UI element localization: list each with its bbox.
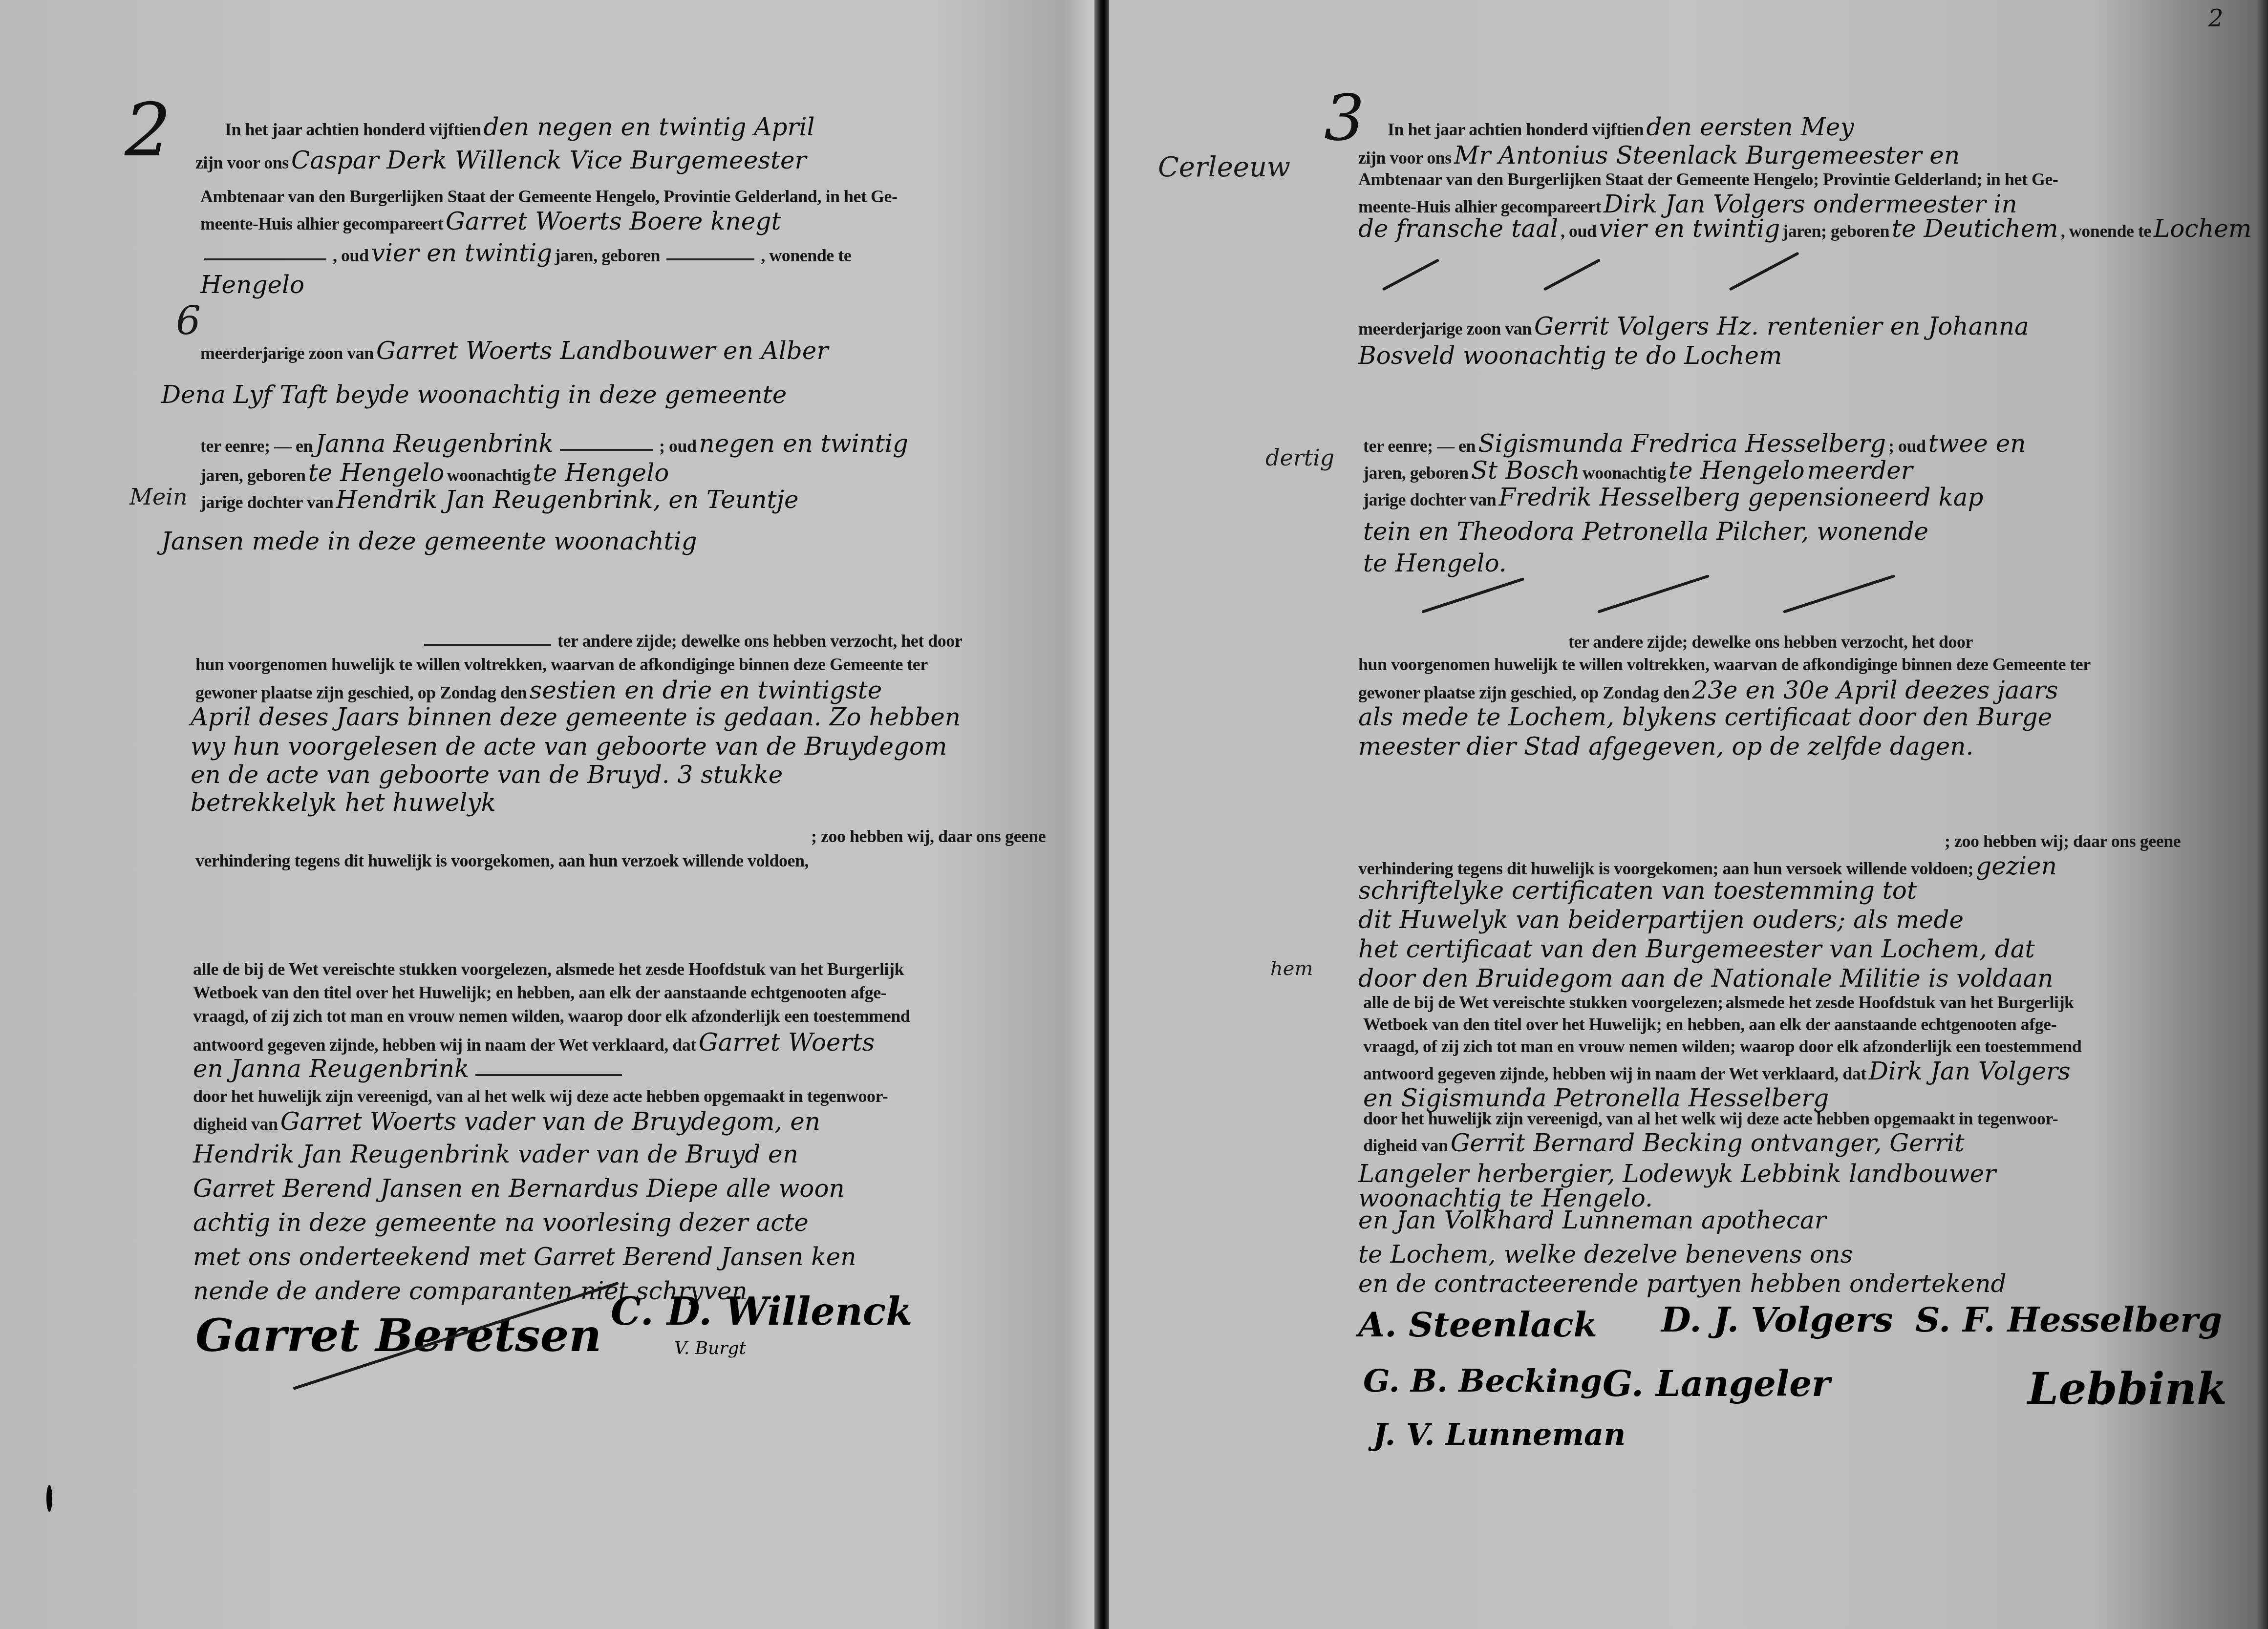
handwritten-text: en de acte van geboorte van de Bruyd. 3 … [191, 761, 783, 789]
signature: G. Langeler [1603, 1363, 1830, 1404]
printed-text: digheid van [1363, 1136, 1448, 1155]
handwritten-text: te Lochem, welke dezelve benevens ons [1358, 1240, 1853, 1269]
printed-text: door het huwelijk zijn vereenigd, van al… [1363, 1109, 2058, 1128]
printed-text: jaren, geboren [555, 246, 660, 265]
printed-text: antwoord gegeven zijnde, hebben wij in n… [193, 1035, 696, 1055]
margin-note: 6 [176, 298, 201, 343]
printed-text: vraagd, of zij zich tot man en vrouw nem… [1363, 1037, 2081, 1056]
printed-text: alle de bij de Wet vereischte stukken vo… [1363, 993, 1723, 1012]
cancel-stroke [1421, 577, 1524, 614]
printed-text: , wonende te [761, 246, 851, 265]
handwritten-text: te Hengelo [1669, 456, 1805, 485]
handwritten-text: den eersten Mey [1646, 113, 1854, 141]
handwritten-text: het certificaat van den Burgemeester van… [1358, 935, 2035, 963]
handwritten-text: en de contracteerende partyen hebben ond… [1358, 1269, 2007, 1298]
handwritten-text: te Deutichem [1892, 214, 2058, 243]
printed-text: alle de bij de Wet vereischte stukken vo… [193, 959, 904, 979]
handwritten-text: vier en twintig [371, 239, 552, 267]
printed-text: digheid van [193, 1114, 278, 1134]
printed-text: verhindering tegens dit huwelijk is voor… [195, 851, 809, 870]
printed-text: , oud [333, 246, 369, 265]
handwritten-text: Garret Woerts Boere knegt [446, 207, 781, 235]
printed-text: antwoord gegeven zijnde, hebben wij in n… [1363, 1064, 1866, 1083]
printed-text: ; oud [659, 436, 697, 456]
printed-text: woonachtig [447, 465, 531, 485]
cancel-stroke [1543, 258, 1601, 291]
printed-text: verhindering tegens dit huwelijk is voor… [1358, 859, 1973, 878]
signature-note: V. Burgt [674, 1338, 746, 1358]
printed-text: meente-Huis alhier gecompareert [1358, 197, 1601, 216]
printed-text: zijn voor ons [195, 153, 289, 172]
printed-text: zijn voor ons [1358, 148, 1452, 168]
cancel-stroke [1729, 252, 1799, 291]
margin-note: Mein [129, 484, 188, 510]
handwritten-text: Gerrit Volgers Hz. rentenier en Johanna [1534, 312, 2029, 340]
left-page: 2 6 Mein In het jaar achtien honderd vij… [0, 0, 1097, 1629]
handwritten-text: Fredrik Hesselberg gepensioneerd kap [1498, 483, 1983, 511]
printed-text: jarige dochter van [1363, 490, 1496, 509]
handwritten-text: meerder [1807, 456, 1913, 485]
margin-note: dertig [1265, 444, 1334, 471]
handwritten-text: te Hengelo [533, 459, 669, 487]
printed-text: ter andere zijde; dewelke ons hebben ver… [1568, 632, 1973, 652]
handwritten-text: St Bosch [1471, 456, 1580, 485]
handwritten-text: Lochem [2154, 214, 2252, 243]
printed-text: jaren, geboren [200, 465, 306, 485]
printed-text: woonachtig [1583, 463, 1666, 483]
signature: D. J. Volgers [1661, 1299, 1893, 1340]
signature: A. Steenlack [1358, 1304, 1597, 1345]
handwritten-text: Dena Lyf Taft beyde woonachtig in deze g… [161, 381, 787, 409]
margin-note: hem [1270, 957, 1313, 980]
handwritten-text: Garret Woerts [699, 1028, 875, 1057]
handwritten-text: Jansen mede in deze gemeente woonachtig [161, 527, 697, 555]
act-number: 2 [125, 88, 171, 173]
handwritten-text: Garret Woerts Landbouwer en Alber [376, 337, 828, 365]
printed-text: Ambtenaar van den Burgerlijken Staat der… [1358, 169, 2058, 189]
printed-text: Wetboek van den titel over het Huwelijk;… [193, 983, 886, 1002]
handwritten-text: betrekkelyk het huwelyk [191, 788, 496, 817]
book-gutter [1094, 0, 1110, 1629]
printed-text: meente-Huis alhier gecompareert [200, 214, 443, 233]
printed-text: Wetboek van den titel over het Huwelijk;… [1363, 1015, 2056, 1034]
printed-text: Ambtenaar van den Burgerlijken Staat der… [200, 187, 897, 206]
handwritten-text: Garret Berend Jansen en Bernardus Diepe … [193, 1174, 845, 1203]
handwritten-text: Caspar Derk Willenck Vice Burgemeester [291, 146, 807, 174]
handwritten-text: wy hun voorgelesen de acte van geboorte … [191, 732, 947, 761]
signature: Lebbink [2028, 1363, 2227, 1415]
right-page: 2 3 Cerleeuw dertig hem In het jaar acht… [1109, 0, 2268, 1629]
printed-text: , wonende te [2061, 221, 2151, 241]
blank-line [475, 1074, 622, 1076]
handwritten-text: dit Huwelyk van beiderpartijen ouders; a… [1358, 906, 1964, 934]
handwritten-text: als mede te Lochem, blykens certificaat … [1358, 703, 2052, 731]
handwritten-text: 23e en 30e April deezes jaars [1692, 676, 2058, 704]
ink-blot [46, 1485, 52, 1512]
blank-line [560, 449, 653, 451]
printed-text: ter eenre; — en [200, 436, 313, 456]
handwritten-text: schriftelyke certificaten van toestemmin… [1358, 876, 1917, 905]
signature: S. F. Hesselberg [1915, 1299, 2222, 1340]
handwritten-text: met ons onderteekend met Garret Berend J… [193, 1243, 856, 1271]
cancel-stroke [1382, 258, 1440, 291]
signature: G. B. Becking [1363, 1363, 1602, 1399]
handwritten-text: Garret Woerts vader van de Bruydegom, en [280, 1107, 820, 1136]
handwritten-text: en Janna Reugenbrink [193, 1055, 469, 1083]
handwritten-text: Gerrit Bernard Becking ontvanger, Gerrit [1451, 1129, 1965, 1157]
handwritten-text: Sigismunda Fredrica Hesselberg [1478, 429, 1886, 458]
printed-text: gewoner plaatse zijn geschied, op Zondag… [1358, 683, 1690, 702]
register-spread: 2 6 Mein In het jaar achtien honderd vij… [0, 0, 2268, 1629]
printed-text: gewoner plaatse zijn geschied, op Zondag… [195, 683, 527, 702]
handwritten-text: te Hengelo. [1363, 549, 1507, 577]
blank-line [424, 644, 551, 646]
handwritten-text: vier en twintig [1599, 214, 1780, 243]
handwritten-text: den negen en twintig April [483, 113, 814, 141]
handwritten-text: Hendrik Jan Reugenbrink, en Teuntje [336, 486, 798, 514]
printed-text: door het huwelijk zijn vereenigd, van al… [193, 1086, 888, 1106]
handwritten-text: Hengelo [200, 271, 304, 299]
handwritten-text: gezien [1976, 852, 2057, 880]
handwritten-text: achtig in deze gemeente na voorlesing de… [193, 1208, 809, 1237]
handwritten-text: door den Bruidegom aan de Nationale Mili… [1358, 964, 2053, 993]
margin-note: Cerleeuw [1158, 151, 1290, 183]
handwritten-text: sestien en drie en twintigste [529, 676, 882, 704]
handwritten-text: Janna Reugenbrink [315, 429, 554, 458]
printed-text: In het jaar achtien honderd vijftien [225, 120, 481, 139]
printed-text: ; oud [1888, 436, 1926, 456]
printed-text: jaren; geboren [1782, 221, 1889, 241]
printed-text: ; zoo hebben wij, daar ons geene [811, 826, 1046, 846]
printed-text: In het jaar achtien honderd vijftien [1388, 120, 1644, 139]
handwritten-text: Bosveld woonachtig te do Lochem [1358, 341, 1782, 370]
handwritten-text: te Hengelo [308, 459, 445, 487]
cancel-stroke [1783, 574, 1895, 614]
handwritten-text: twee en [1928, 429, 2026, 458]
printed-text: ; zoo hebben wij; daar ons geene [1945, 831, 2181, 851]
printed-text: vraagd, of zij zich tot man en vrouw nem… [193, 1006, 910, 1026]
handwritten-text: meester dier Stad afgegeven, op de zelfd… [1358, 732, 1973, 761]
signature: J. V. Lunneman [1373, 1417, 1626, 1452]
handwritten-text: en Jan Volkhard Lunneman apothecar [1358, 1206, 1826, 1234]
handwritten-text: tein en Theodora Petronella Pilcher, won… [1363, 517, 1928, 546]
printed-text: hun voorgenomen huwelijk te willen voltr… [1358, 655, 2091, 674]
printed-text: meerderjarige zoon van [1358, 319, 1532, 338]
blank-line [204, 258, 326, 260]
printed-text: jaren, geboren [1363, 463, 1469, 483]
handwritten-text: April deses Jaars binnen deze gemeente i… [191, 703, 961, 731]
handwritten-text: Hendrik Jan Reugenbrink vader van de Bru… [193, 1140, 798, 1168]
cancel-stroke [1597, 574, 1710, 614]
handwritten-text: Dirk Jan Volgers [1869, 1057, 2071, 1085]
handwritten-text: Mr Antonius Steenlack Burgemeester en [1454, 141, 1960, 169]
folio-number: 2 [2208, 5, 2224, 32]
printed-text: alsmede het zesde Hoofdstuk van het Burg… [1726, 993, 2074, 1012]
printed-text: ter eenre; — en [1363, 436, 1476, 456]
printed-text: meerderjarige zoon van [200, 343, 374, 363]
handwritten-text: negen en twintig [699, 429, 908, 458]
printed-text: jarige dochter van [200, 492, 333, 512]
printed-text: hun voorgenomen huwelijk te willen voltr… [195, 655, 928, 674]
printed-text: , oud [1561, 221, 1597, 241]
printed-text: ter andere zijde; dewelke ons hebben ver… [557, 631, 962, 651]
blank-line [666, 258, 754, 260]
signature-official: C. D. Willenck [611, 1290, 912, 1334]
handwritten-text: de fransche taal [1358, 214, 1558, 243]
